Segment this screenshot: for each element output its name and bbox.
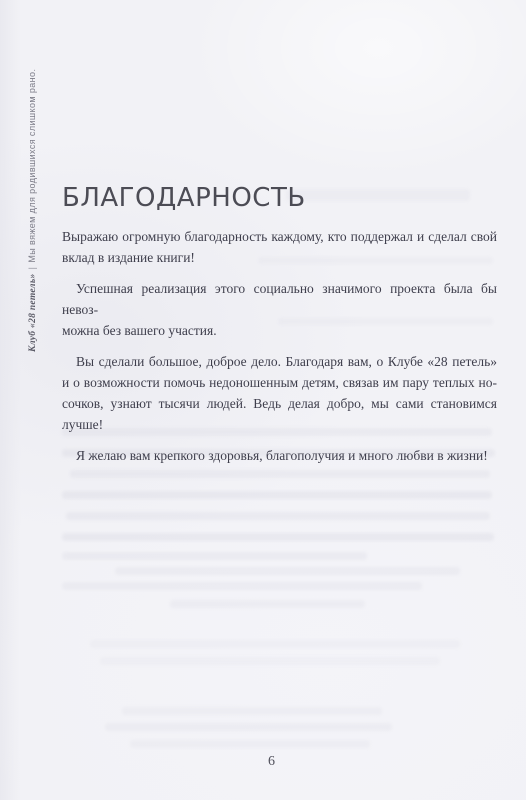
bleedthrough-line: [66, 512, 490, 520]
paragraph-line: и о возможности помочь недоношенным детя…: [62, 372, 497, 393]
paragraph: Выражаю огромную благодарность каждому, …: [62, 226, 497, 268]
spine-separator: |: [27, 267, 38, 270]
page-number: 6: [54, 754, 489, 770]
bleedthrough-line: [62, 552, 367, 560]
bleedthrough-line: [62, 533, 494, 541]
bleedthrough-line: [170, 600, 365, 608]
paragraph-line: Я желаю вам крепкого здоровья, благополу…: [62, 445, 497, 466]
paragraph-line: Успешная реализация этого социально знач…: [62, 278, 497, 320]
paragraph: Успешная реализация этого социально знач…: [62, 278, 497, 341]
spine-tagline: Мы вяжем для родившихся слишком рано.: [27, 69, 37, 263]
paragraph-line: можна без вашего участия.: [62, 320, 497, 341]
bleedthrough-line: [62, 491, 492, 499]
paragraph: Я желаю вам крепкого здоровья, благополу…: [62, 445, 497, 466]
paragraph-line: Вы сделали большое, доброе дело. Благода…: [62, 351, 497, 372]
bleedthrough-line: [62, 582, 422, 590]
bleedthrough-line: [100, 657, 440, 665]
book-page: Клуб «28 петель»|Мы вяжем для родившихся…: [0, 0, 526, 800]
paragraph-line: сочков, узнают тысячи людей. Ведь делая …: [62, 393, 497, 435]
bleedthrough-line: [122, 707, 382, 715]
spine-club-name: Клуб «28 петель»: [28, 273, 38, 352]
paragraph: Вы сделали большое, доброе дело. Благода…: [62, 351, 497, 435]
spine-caption: Клуб «28 петель»|Мы вяжем для родившихся…: [27, 60, 41, 352]
bleedthrough-line: [90, 640, 460, 648]
bleedthrough-line: [115, 567, 460, 575]
text-block: Выражаю огромную благодарность каждому, …: [62, 226, 497, 476]
paragraph-line: Выражаю огромную благодарность каждому, …: [62, 226, 497, 247]
paragraph-line: вклад в издание книги!: [62, 247, 497, 268]
bleedthrough-line: [130, 740, 370, 748]
bleedthrough-line: [105, 723, 392, 731]
bleedthrough-line: [286, 189, 470, 201]
page-title: БЛАГОДАРНОСТЬ: [62, 183, 306, 213]
